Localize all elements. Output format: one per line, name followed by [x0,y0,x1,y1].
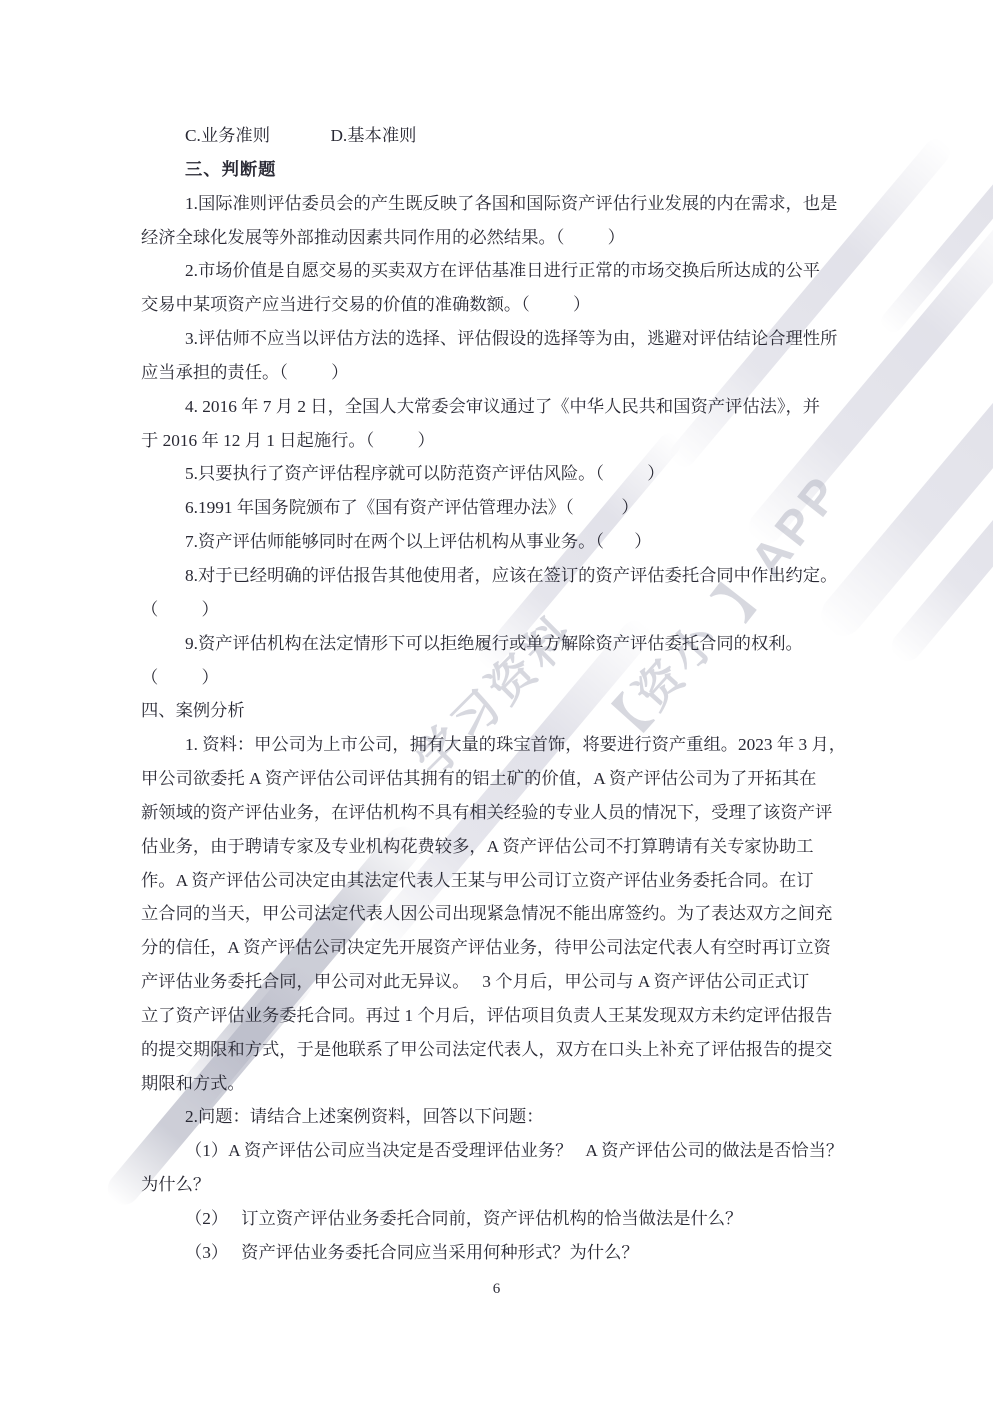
text-line: 3.评估师不应当以评估方法的选择、评估假设的选择等为由，逃避对评估结论合理性所 [141,322,852,356]
text-line: 2.问题：请结合上述案例资料，回答以下问题： [141,1100,852,1134]
text-line: 甲公司欲委托 A 资产评估公司评估其拥有的铝土矿的价值，A 资产评估公司为了开拓… [141,762,852,796]
text-line: 立合同的当天，甲公司法定代表人因公司出现紧急情况不能出席签约。为了表达双方之间充 [141,897,852,931]
text-line: 4. 2016 年 7 月 2 日，全国人大常委会审议通过了《中华人民共和国资产… [141,390,852,424]
text-line: （ ） [141,661,852,695]
text-line: 分的信任，A 资产评估公司决定先开展资产评估业务，待甲公司法定代表人有空时再订立… [141,931,852,965]
judgment-q9: 9.资产评估机构在法定情形下可以拒绝履行或单方解除资产评估委托合同的权利。（ ） [141,627,852,695]
section-heading-judgment: 三、判断题 [141,153,852,187]
case-material: 1. 资料：甲公司为上市公司，拥有大量的珠宝首饰，将要进行资产重组。2023 年… [141,728,852,1100]
text-line: （ ） [141,593,852,627]
text-line: 估业务，由于聘请专家及专业机构花费较多，A 资产评估公司不打算聘请有关专家协助工 [141,830,852,864]
text-line: 1.国际准则评估委员会的产生既反映了各国和国际资产评估行业发展的内在需求，也是 [141,187,852,221]
judgment-q1: 1.国际准则评估委员会的产生既反映了各国和国际资产评估行业发展的内在需求，也是经… [141,187,852,255]
text-line: （2） 订立资产评估业务委托合同前，资产评估机构的恰当做法是什么？ [141,1202,852,1236]
text-line: 三、判断题 [141,153,852,187]
options-row: C.业务准则 D.基本准则 [141,119,852,153]
watermark-streak [877,85,993,337]
text-line: 9.资产评估机构在法定情形下可以拒绝履行或单方解除资产评估委托合同的权利。 [141,627,852,661]
text-line: （1）A 资产评估公司应当决定是否受理评估业务？ A 资产评估公司的做法是否恰当… [141,1134,852,1168]
text-line: 期限和方式。 [141,1067,852,1101]
text-line: 四、案例分析 [141,694,852,728]
case-question-1: （1）A 资产评估公司应当决定是否受理评估业务？ A 资产评估公司的做法是否恰当… [141,1134,852,1202]
text-line: 产评估业务委托合同，甲公司对此无异议。 3 个月后，甲公司与 A 资产评估公司正… [141,965,852,999]
text-line: 2.市场价值是自愿交易的买卖双方在评估基准日进行正常的市场交换后所达成的公平 [141,254,852,288]
text-line: C.业务准则 D.基本准则 [141,119,852,153]
text-line: 交易中某项资产应当进行交易的价值的准确数额。（ ） [141,288,852,322]
text-line: 8.对于已经明确的评估报告其他使用者，应该在签订的资产评估委托合同中作出约定。 [141,559,852,593]
case-questions-intro: 2.问题：请结合上述案例资料，回答以下问题： [141,1100,852,1134]
section-heading-case: 四、案例分析 [141,694,852,728]
judgment-q8: 8.对于已经明确的评估报告其他使用者，应该在签订的资产评估委托合同中作出约定。（… [141,559,852,627]
text-line: 的提交期限和方式，于是他联系了甲公司法定代表人，双方在口头上补充了评估报告的提交 [141,1033,852,1067]
text-line: 6.1991 年国务院颁布了《国有资产评估管理办法》（ ） [141,491,852,525]
judgment-q2: 2.市场价值是自愿交易的买卖双方在评估基准日进行正常的市场交换后所达成的公平交易… [141,254,852,322]
judgment-q6: 6.1991 年国务院颁布了《国有资产评估管理办法》（ ） [141,491,852,525]
document-body: C.业务准则 D.基本准则三、判断题1.国际准则评估委员会的产生既反映了各国和国… [141,119,852,1270]
text-line: （3） 资产评估业务委托合同应当采用何种形式？为什么？ [141,1236,852,1270]
judgment-q5: 5.只要执行了资产评估程序就可以防范资产评估风险。（ ） [141,457,852,491]
document-page: 学习资料【资小】APP C.业务准则 D.基本准则三、判断题1.国际准则评估委员… [0,0,993,1404]
text-line: 1. 资料：甲公司为上市公司，拥有大量的珠宝首饰，将要进行资产重组。2023 年… [141,728,852,762]
case-question-3: （3） 资产评估业务委托合同应当采用何种形式？为什么？ [141,1236,852,1270]
text-line: 7.资产评估师能够同时在两个以上评估机构从事业务。（ ） [141,525,852,559]
text-line: 应当承担的责任。（ ） [141,356,852,390]
text-line: 经济全球化发展等外部推动因素共同作用的必然结果。（ ） [141,221,852,255]
judgment-q7: 7.资产评估师能够同时在两个以上评估机构从事业务。（ ） [141,525,852,559]
judgment-q4: 4. 2016 年 7 月 2 日，全国人大常委会审议通过了《中华人民共和国资产… [141,390,852,458]
text-line: 新领域的资产评估业务，在评估机构不具有相关经验的专业人员的情况下，受理了该资产评 [141,796,852,830]
text-line: 5.只要执行了资产评估程序就可以防范资产评估风险。（ ） [141,457,852,491]
page-number: 6 [0,1281,993,1298]
text-line: 立了资产评估业务委托合同。再过 1 个月后，评估项目负责人王某发现双方未约定评估… [141,999,852,1033]
text-line: 作。A 资产评估公司决定由其法定代表人王某与甲公司订立资产评估业务委托合同。在订 [141,864,852,898]
text-line: 为什么？ [141,1168,852,1202]
watermark-streak [886,403,993,667]
text-line: 于 2016 年 12 月 1 日起施行。（ ） [141,424,852,458]
case-question-2: （2） 订立资产评估业务委托合同前，资产评估机构的恰当做法是什么？ [141,1202,852,1236]
judgment-q3: 3.评估师不应当以评估方法的选择、评估假设的选择等为由，逃避对评估结论合理性所应… [141,322,852,390]
